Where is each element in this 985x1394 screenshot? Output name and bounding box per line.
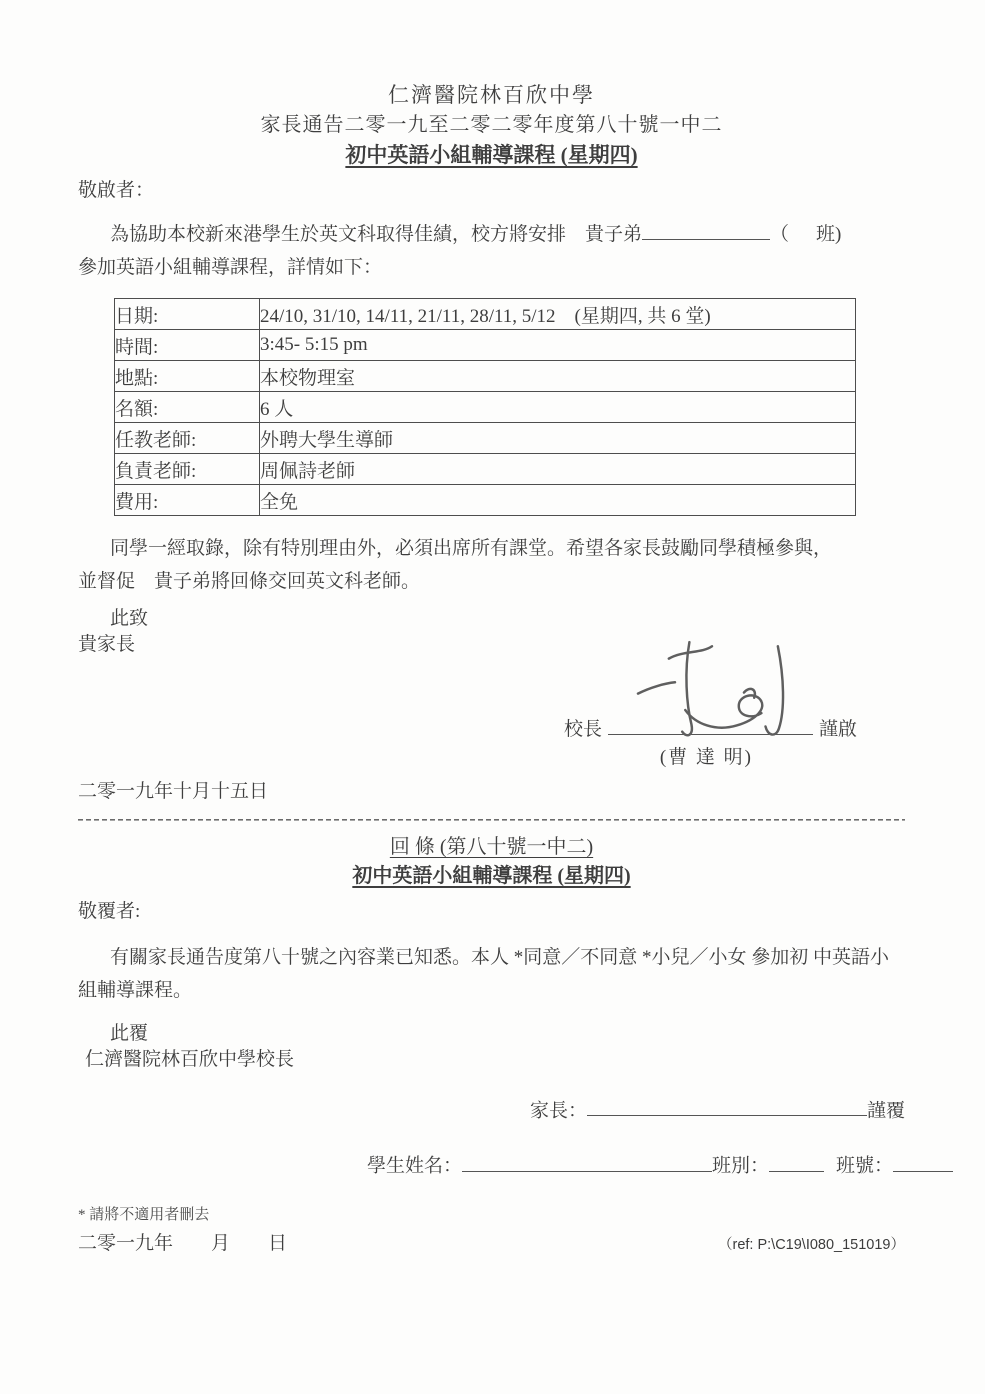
intro-line-1: 為協助本校新來港學生於英文科取得佳績，校方將安排 貴子弟（班) [78,218,905,251]
parent-label: 家長： [530,1100,587,1121]
student-info-row: 學生姓名：班別：班號： [78,1152,953,1179]
row-value: 本校物理室 [260,361,856,392]
row-value: 外聘大學生導師 [260,423,856,454]
principal-signature-line [608,716,813,735]
intro-paragraph: 為協助本校新來港學生於英文科取得佳績，校方將安排 貴子弟（班) 參加英語小組輔導… [78,218,905,284]
class-label: 班別： [712,1156,769,1177]
row-label: 名額: [115,392,260,423]
row-value: 6 人 [260,392,856,423]
class-number-label: 班號： [836,1156,893,1177]
reply-valediction: 此覆 [78,1021,905,1047]
row-label: 費用: [115,485,260,516]
reply-body-paragraph: 有關家長通告度第八十號之內容業已知悉。本人 *同意／不同意 *小兒／小女 參加初… [78,941,905,1007]
table-row: 名額: 6 人 [115,392,856,423]
school-name: 仁濟醫院林百欣中學 [78,80,905,110]
reply-course-title: 初中英語小組輔導課程 (星期四) [78,862,905,891]
principal-sign-off: 謹啟 [819,719,857,740]
row-value: 3:45- 5:15 pm [260,330,856,361]
principal-label: 校長 [564,719,602,740]
student-name-blank [642,221,770,240]
table-row: 任教老師: 外聘大學生導師 [115,423,856,454]
reply-date: 二零一九年 月 日 [78,1231,287,1257]
row-label: 日期: [115,299,260,330]
parent-sign-off: 謹覆 [867,1100,905,1121]
notice-number-line: 家長通告二零一九至二零二零年度第八十號一中二 [78,110,905,140]
course-title: 初中英語小組輔導課程 (星期四) [78,140,905,170]
class-blank [769,1152,824,1171]
parent-signature-blank [587,1097,867,1116]
table-row: 地點: 本校物理室 [115,361,856,392]
notes-line-2: 並督促 貴子弟將回條交回英文科老師。 [78,565,905,598]
salutation: 敬啟者： [78,178,905,204]
notes-paragraph: 同學一經取錄，除有特別理由外，必須出席所有課堂。希望各家長鼓勵同學積極參與， 並… [78,532,905,598]
table-row: 日期: 24/10, 31/10, 14/11, 21/11, 28/11, 5… [115,299,856,330]
row-value: 24/10, 31/10, 14/11, 21/11, 28/11, 5/12 … [260,299,856,330]
intro-paren-open: （ [770,224,789,245]
dashed-separator [78,819,905,821]
signature-scrawl [616,636,806,744]
table-row: 時間: 3:45- 5:15 pm [115,330,856,361]
notes-line-1: 同學一經取錄，除有特別理由外，必須出席所有課堂。希望各家長鼓勵同學積極參與， [78,532,905,565]
reply-body-line-1: 有關家長通告度第八十號之內容業已知悉。本人 *同意／不同意 *小兒／小女 參加初 [78,947,808,968]
reply-addressee: 仁濟醫院林百欣中學校長 [78,1047,905,1073]
row-label: 負責老師: [115,454,260,485]
principal-name: (曹 達 明) [78,745,905,771]
intro-lead-text: 為協助本校新來港學生於英文科取得佳績，校方將安排 貴子弟 [110,224,642,245]
valediction: 此致 [78,606,905,632]
student-name-label: 學生姓名： [367,1156,462,1177]
delete-inapplicable-footnote: * 請將不適用者刪去 [78,1206,905,1225]
file-reference: （ref: P:\C19\I080_151019） [718,1233,905,1254]
notice-page: 仁濟醫院林百欣中學 家長通告二零一九至二零二零年度第八十號一中二 初中英語小組輔… [0,0,985,1394]
row-value: 全免 [260,485,856,516]
parent-signature-row: 家長：謹覆 [78,1097,905,1124]
reply-salutation: 敬覆者: [78,899,905,925]
row-value: 周佩詩老師 [260,454,856,485]
table-row: 費用: 全免 [115,485,856,516]
row-label: 地點: [115,361,260,392]
course-details-table: 日期: 24/10, 31/10, 14/11, 21/11, 28/11, 5… [114,298,856,516]
row-label: 任教老師: [115,423,260,454]
table-row: 負責老師: 周佩詩老師 [115,454,856,485]
issue-date: 二零一九年十月十五日 [78,779,905,805]
student-name-blank [462,1152,712,1171]
reply-slip-title: 回 條 (第八十號一中二) [78,833,905,862]
intro-paren-close: 班) [816,224,841,245]
class-number-blank [893,1152,953,1171]
principal-signature-row: 校長 謹啟 [78,715,905,745]
row-label: 時間: [115,330,260,361]
bottom-row: 二零一九年 月 日 （ref: P:\C19\I080_151019） [78,1231,905,1257]
intro-line-2: 參加英語小組輔導課程，詳情如下： [78,251,905,284]
